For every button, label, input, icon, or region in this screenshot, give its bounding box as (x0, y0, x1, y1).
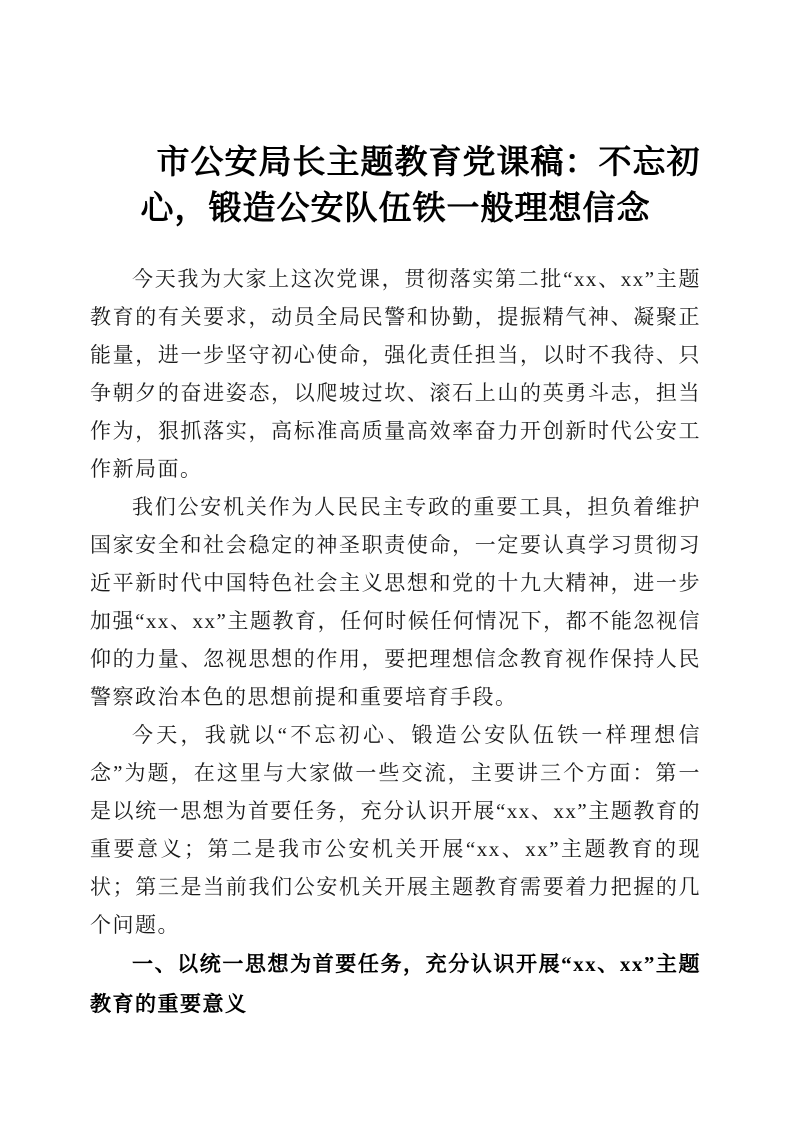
paragraph-intro: 今天我为大家上这次党课，贯彻落实第二批“xx、xx”主题教育的有关要求，动员全局… (90, 260, 701, 488)
document-page: 市公安局长主题教育党课稿：不忘初心，锻造公安队伍铁一般理想信念 今天我为大家上这… (0, 0, 793, 1122)
paragraph-three-aspects: 今天，我就以“不忘初心、锻造公安队伍铁一样理想信念”为题，在这里与大家做一些交流… (90, 716, 701, 944)
document-title: 市公安局长主题教育党课稿：不忘初心，锻造公安队伍铁一般理想信念 (90, 140, 701, 232)
paragraph-role-of-police: 我们公安机关作为人民民主专政的重要工具，担负着维护国家安全和社会稳定的神圣职责使… (90, 488, 701, 716)
section-heading: 一、以统一思想为首要任务，充分认识开展“xx、xx”主题教育的重要意义 (90, 944, 701, 1024)
